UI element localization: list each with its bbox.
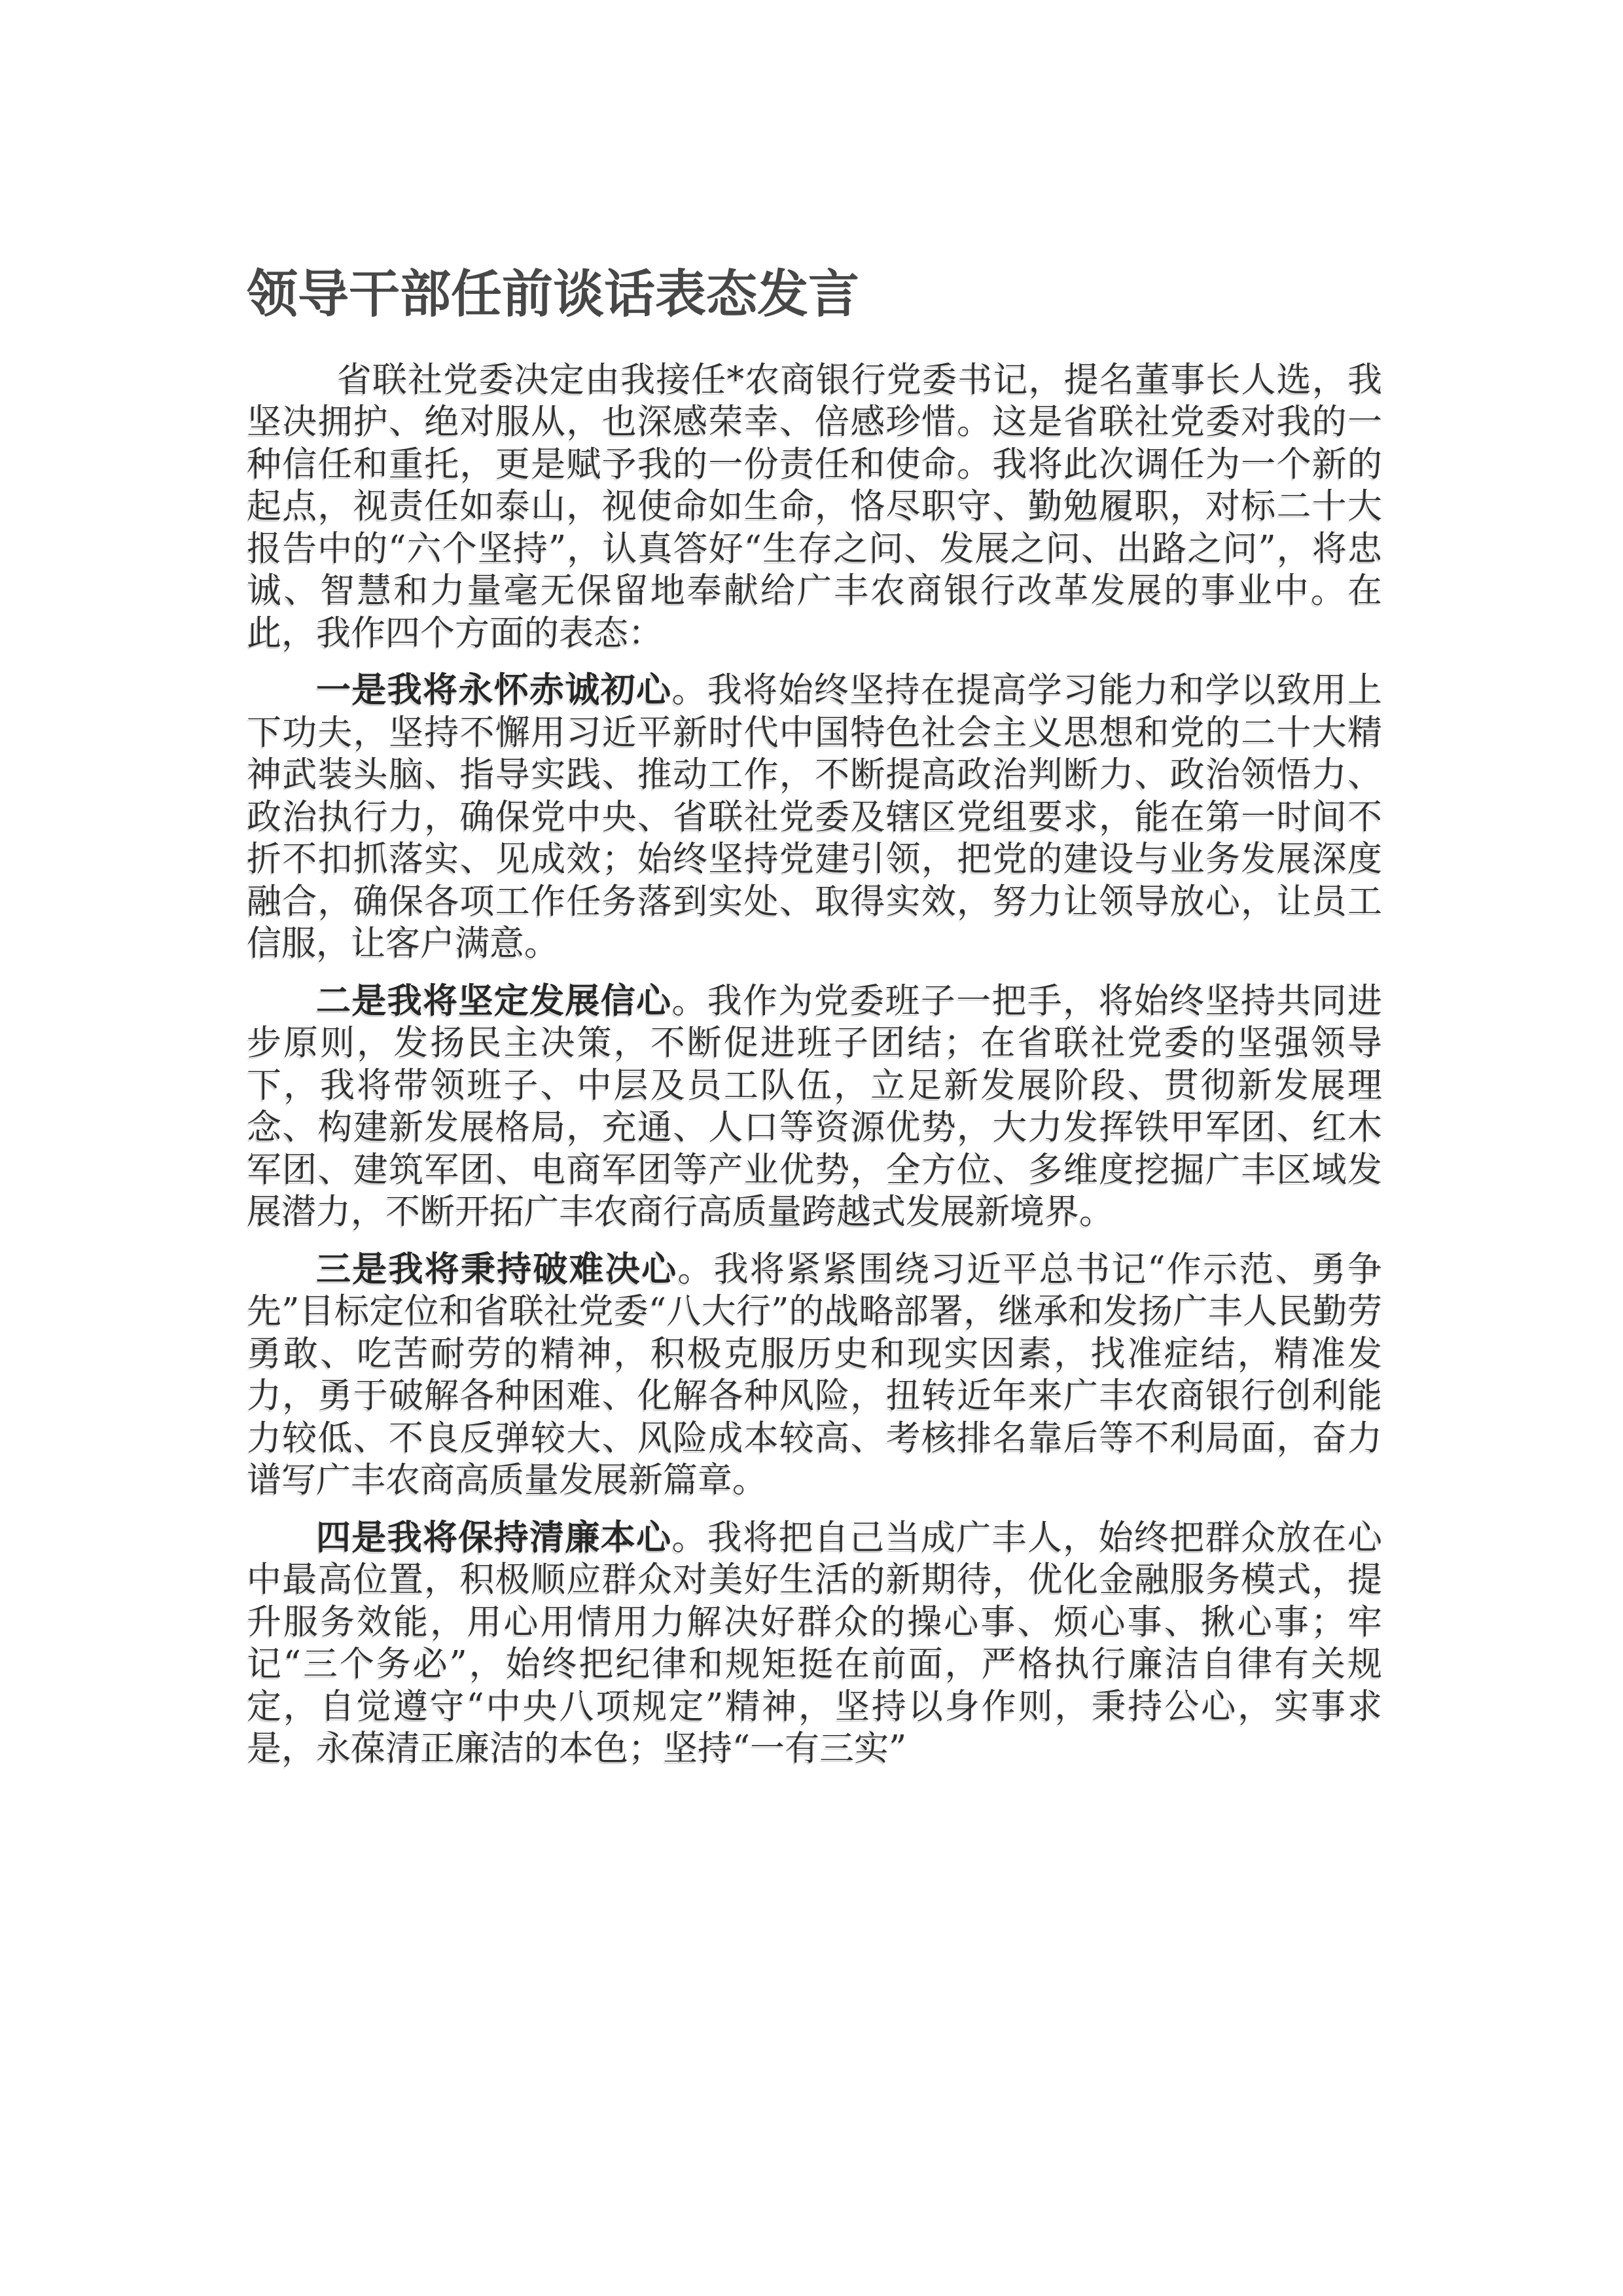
paragraph-text: 。我将始终坚持在提高学习能力和学以致用上下功夫，坚持不懈用习近平新时代中国特色社… — [247, 670, 1382, 963]
paragraph-lead: 四是我将保持清廉本心 — [316, 1517, 671, 1558]
paragraph-opening: 省联社党委决定由我接任*农商银行党委书记，提名董事长人选，我坚决拥护、绝对服从，… — [247, 359, 1382, 655]
page-title: 领导干部任前谈话表态发言 — [247, 268, 1382, 322]
paragraph-lead: 二是我将坚定发展信心 — [316, 980, 671, 1021]
document-content: 领导干部任前谈话表态发言 省联社党委决定由我接任*农商银行党委书记，提名董事长人… — [247, 268, 1382, 1785]
paragraph-lead: 三是我将秉持破难决心 — [316, 1249, 677, 1289]
paragraph-point-2: 二是我将坚定发展信心。我作为党委班子一把手，将始终坚持共同进步原则，发扬民主决策… — [247, 980, 1382, 1234]
document-page: 领导干部任前谈话表态发言 省联社党委决定由我接任*农商银行党委书记，提名董事长人… — [0, 0, 1623, 2296]
paragraph-point-3: 三是我将秉持破难决心。我将紧紧围绕习近平总书记“作示范、勇争先”目标定位和省联社… — [247, 1248, 1382, 1502]
paragraph-text: 省联社党委决定由我接任*农商银行党委书记，提名董事长人选，我坚决拥护、绝对服从，… — [247, 360, 1382, 653]
paragraph-point-1: 一是我将永怀赤诚初心。我将始终坚持在提高学习能力和学以致用上下功夫，坚持不懈用习… — [247, 669, 1382, 965]
paragraph-lead: 一是我将永怀赤诚初心 — [316, 670, 671, 710]
paragraph-point-4: 四是我将保持清廉本心。我将把自己当成广丰人，始终把群众放在心中最高位置，积极顺应… — [247, 1516, 1382, 1770]
